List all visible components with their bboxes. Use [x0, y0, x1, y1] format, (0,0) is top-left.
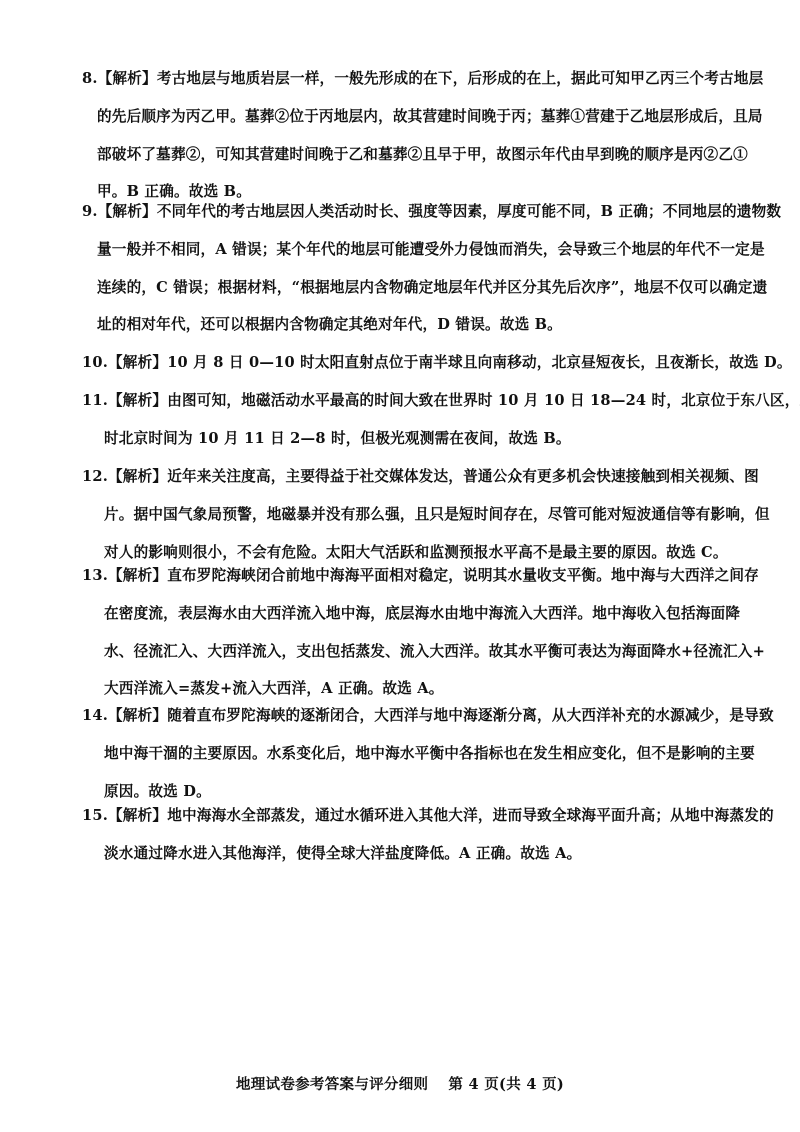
page-footer: 地理试卷参考答案与评分细则第 4 页(共 4 页)	[0, 1073, 800, 1094]
answer-line: 部破坏了墓葬②，可知其营建时间晚于乙和墓葬②且早于甲，故图示年代由早到晚的顺序是…	[97, 143, 748, 167]
answer-text: 不同年代的考古地层因人类活动时长、强度等因素，厚度可能不同，B 正确；不同地层的…	[157, 203, 781, 220]
analysis-tag: 【解析】	[108, 807, 167, 824]
answer-line: 11.【解析】由图可知，地磁活动水平最高的时间大致在世界时 10 月 10 日 …	[82, 389, 800, 413]
answer-text: 近年来关注度高，主要得益于社交媒体发达，普通公众有更多机会快速接触到相关视频、图	[167, 468, 759, 485]
answer-text: 地中海海水全部蒸发，通过水循环进入其他大洋，进而导致全球海平面升高；从地中海蒸发…	[167, 807, 774, 824]
analysis-tag: 【解析】	[108, 354, 167, 371]
answer-line: 9.【解析】不同年代的考古地层因人类活动时长、强度等因素，厚度可能不同，B 正确…	[82, 200, 781, 224]
answer-line: 12.【解析】近年来关注度高，主要得益于社交媒体发达，普通公众有更多机会快速接触…	[82, 465, 759, 489]
item-number: 9.	[82, 203, 98, 220]
item-number: 13.	[82, 567, 108, 584]
footer-title: 地理试卷参考答案与评分细则	[236, 1076, 428, 1093]
answer-line: 址的相对年代，还可以根据内含物确定其绝对年代，D 错误。故选 B。	[97, 313, 562, 337]
analysis-tag: 【解析】	[108, 392, 167, 409]
answer-line: 13.【解析】直布罗陀海峡闭合前地中海海平面相对稳定，说明其水量收支平衡。地中海…	[82, 564, 759, 588]
answer-line: 的先后顺序为丙乙甲。墓葬②位于丙地层内，故其营建时间晚于丙；墓葬①营建于乙地层形…	[97, 105, 763, 129]
page-number: 第 4 页(共 4 页)	[448, 1076, 564, 1093]
analysis-tag: 【解析】	[98, 203, 157, 220]
item-number: 10.	[82, 354, 108, 371]
answer-line: 片。据中国气象局预警，地磁暴并没有那么强，且只是短时间存在，尽管可能对短波通信等…	[104, 503, 770, 527]
answer-line: 地中海干涸的主要原因。水系变化后，地中海水平衡中各指标也在发生相应变化，但不是影…	[104, 742, 755, 766]
answer-line: 淡水通过降水进入其他海洋，使得全球大洋盐度降低。A 正确。故选 A。	[104, 842, 581, 866]
answer-text: 随着直布罗陀海峡的逐渐闭合，大西洋与地中海逐渐分离，从大西洋补充的水源减少，是导…	[167, 707, 774, 724]
analysis-tag: 【解析】	[108, 468, 167, 485]
answer-line: 连续的，C 错误；根据材料，“根据地层内含物确定地层年代并区分其先后次序”，地层…	[97, 276, 767, 300]
answer-line: 量一般并不相同，A 错误；某个年代的地层可能遭受外力侵蚀而消失，会导致三个地层的…	[97, 238, 765, 262]
document-page: 8.【解析】考古地层与地质岩层一样，一般先形成的在下，后形成的在上，据此可知甲乙…	[0, 0, 800, 1132]
answer-text: 10 月 8 日 0—10 时太阳直射点位于南半球且向南移动，北京昼短夜长，且夜…	[167, 354, 791, 371]
analysis-tag: 【解析】	[108, 567, 167, 584]
analysis-tag: 【解析】	[108, 707, 167, 724]
answer-line: 对人的影响则很小，不会有危险。太阳大气活跃和监测预报水平高不是最主要的原因。故选…	[104, 541, 728, 565]
answer-text: 直布罗陀海峡闭合前地中海海平面相对稳定，说明其水量收支平衡。地中海与大西洋之间存	[167, 567, 759, 584]
answer-text: 由图可知，地磁活动水平最高的时间大致在世界时 10 月 10 日 18—24 时…	[167, 392, 800, 409]
answer-line: 8.【解析】考古地层与地质岩层一样，一般先形成的在下，后形成的在上，据此可知甲乙…	[82, 67, 763, 91]
answer-line: 在密度流，表层海水由大西洋流入地中海，底层海水由地中海流入大西洋。地中海收入包括…	[104, 602, 740, 626]
answer-line: 时北京时间为 10 月 11 日 2—8 时，但极光观测需在夜间，故选 B。	[104, 427, 571, 451]
answer-line: 大西洋流入=蒸发+流入大西洋，A 正确。故选 A。	[104, 677, 444, 701]
answer-line: 10.【解析】10 月 8 日 0—10 时太阳直射点位于南半球且向南移动，北京…	[82, 351, 792, 375]
answer-line: 14.【解析】随着直布罗陀海峡的逐渐闭合，大西洋与地中海逐渐分离，从大西洋补充的…	[82, 704, 774, 728]
answer-line: 原因。故选 D。	[104, 780, 211, 804]
item-number: 8.	[82, 70, 98, 87]
answer-line: 15.【解析】地中海海水全部蒸发，通过水循环进入其他大洋，进而导致全球海平面升高…	[82, 804, 774, 828]
analysis-tag: 【解析】	[98, 70, 157, 87]
item-number: 15.	[82, 807, 108, 824]
item-number: 12.	[82, 468, 108, 485]
answer-text: 考古地层与地质岩层一样，一般先形成的在下，后形成的在上，据此可知甲乙丙三个考古地…	[157, 70, 764, 87]
item-number: 11.	[82, 392, 108, 409]
answer-line: 水、径流汇入、大西洋流入，支出包括蒸发、流入大西洋。故其水平衡可表达为海面降水+…	[104, 640, 765, 664]
item-number: 14.	[82, 707, 108, 724]
